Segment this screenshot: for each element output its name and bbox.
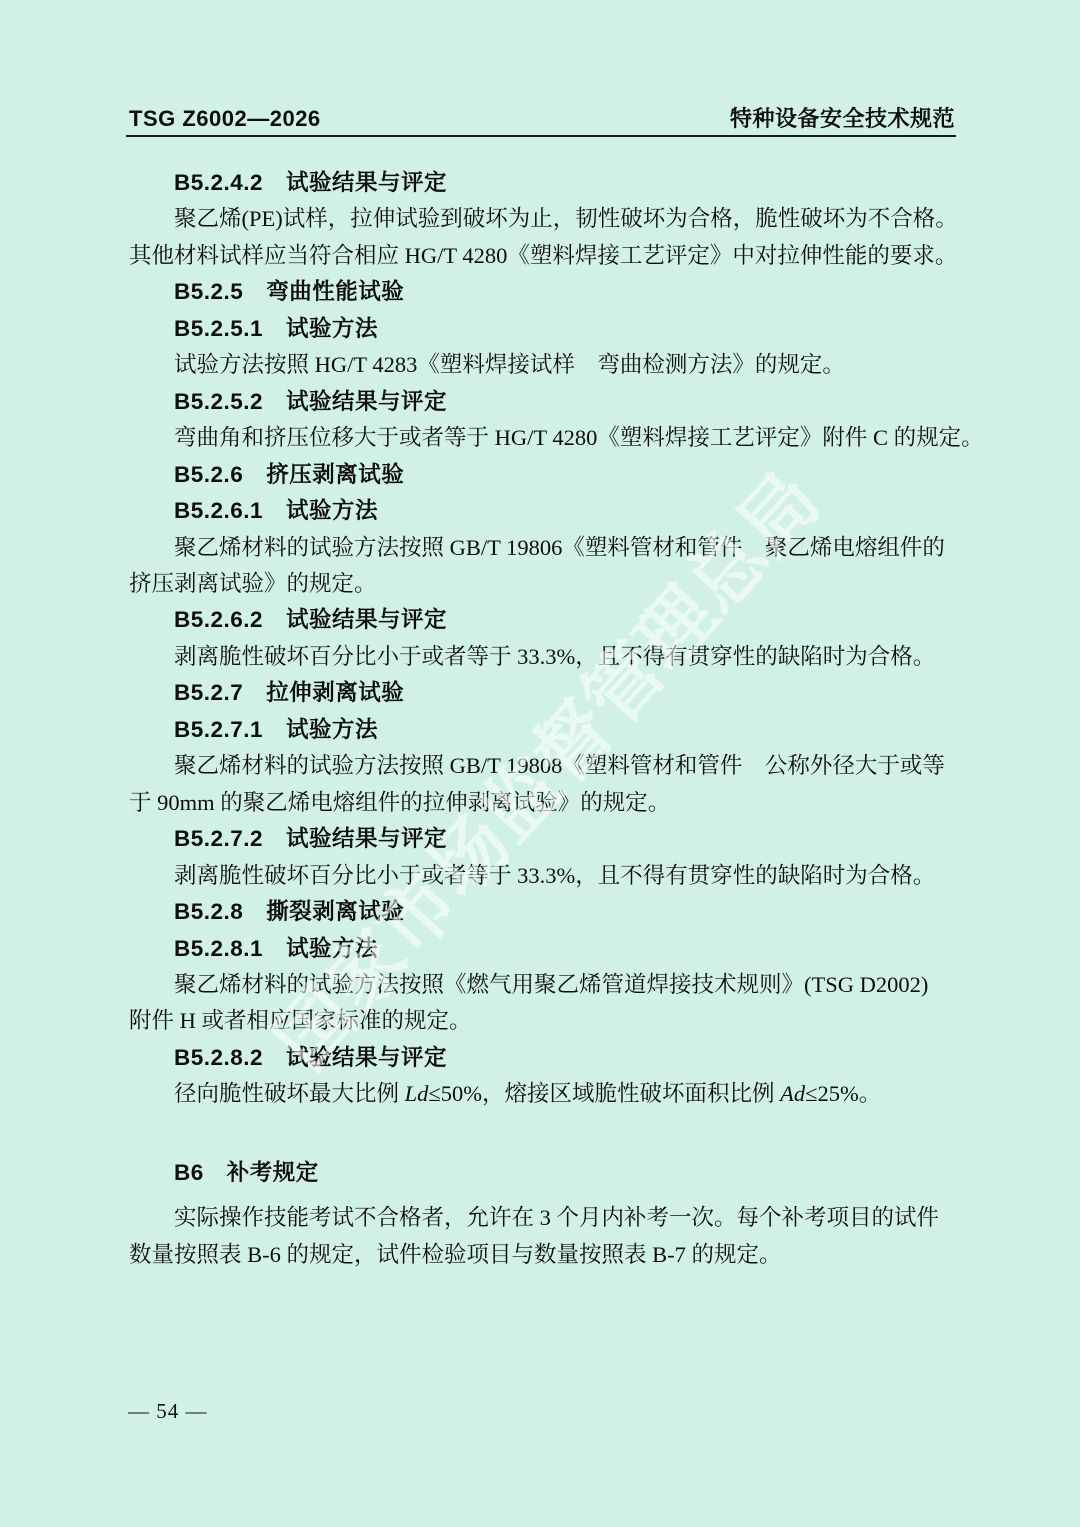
page-number: — 54 — [128,1399,208,1423]
text-segment: ≤25%。 [805,1081,881,1106]
text-line: B5.2.5.1 试验方法 [129,311,955,347]
text-line: 实际操作技能考试不合格者，允许在 3 个月内补考一次。每个补考项目的试件 [129,1200,955,1236]
document-page: TSG Z6002—2026 特种设备安全技术规范 B5.2.4.2 试验结果与… [0,0,1080,1527]
text-segment: Ad [780,1081,805,1106]
page-header: TSG Z6002—2026 特种设备安全技术规范 [129,106,955,132]
text-line: B5.2.5.2 试验结果与评定 [129,384,955,420]
text-line: 数量按照表 B-6 的规定，试件检验项目与数量按照表 B-7 的规定。 [129,1237,955,1273]
text-line: 聚乙烯材料的试验方法按照《燃气用聚乙烯管道焊接技术规则》(TSG D2002) [129,967,955,1003]
text-line: 剥离脆性破坏百分比小于或者等于 33.3%，且不得有贯穿性的缺陷时为合格。 [129,639,955,675]
text-line: B5.2.4.2 试验结果与评定 [129,165,955,201]
text-line: 于 90mm 的聚乙烯电熔组件的拉伸剥离试验》的规定。 [129,785,955,821]
text-line: B5.2.7.1 试验方法 [129,712,955,748]
text-line: B5.2.8.1 试验方法 [129,931,955,967]
text-line: B5.2.5 弯曲性能试验 [129,274,955,310]
header-rule [126,135,956,137]
text-line: B5.2.6 挤压剥离试验 [129,457,955,493]
text-line: 剥离脆性破坏百分比小于或者等于 33.3%，且不得有贯穿性的缺陷时为合格。 [129,858,955,894]
text-line: 挤压剥离试验》的规定。 [129,566,955,602]
doc-code: TSG Z6002—2026 [129,106,321,132]
doc-title: 特种设备安全技术规范 [730,106,955,132]
text-line: 弯曲角和挤压位移大于或者等于 HG/T 4280《塑料焊接工艺评定》附件 C 的… [129,420,955,456]
text-line: 其他材料试样应当符合相应 HG/T 4280《塑料焊接工艺评定》中对拉伸性能的要… [129,238,955,274]
text-segment: Ld [405,1081,429,1106]
text-line: B5.2.7 拉伸剥离试验 [129,675,955,711]
text-line: 径向脆性破坏最大比例 Ld≤50%，熔接区域脆性破坏面积比例 Ad≤25%。 [129,1076,955,1112]
text-line: B5.2.7.2 试验结果与评定 [129,821,955,857]
text-segment: 径向脆性破坏最大比例 [174,1081,405,1106]
text-line: 聚乙烯材料的试验方法按照 GB/T 19808《塑料管材和管件 公称外径大于或等 [129,748,955,784]
text-line: B5.2.8.2 试验结果与评定 [129,1040,955,1076]
text-line: 聚乙烯(PE)试样，拉伸试验到破坏为止，韧性破坏为合格，脆性破坏为不合格。 [129,201,955,237]
text-line: 试验方法按照 HG/T 4283《塑料焊接试样 弯曲检测方法》的规定。 [129,347,955,383]
text-line: B5.2.6.1 试验方法 [129,493,955,529]
text-line: B6 补考规定 [129,1155,955,1191]
text-line: B5.2.6.2 试验结果与评定 [129,602,955,638]
document-body: B5.2.4.2 试验结果与评定聚乙烯(PE)试样，拉伸试验到破坏为止，韧性破坏… [129,165,955,1273]
text-line: 附件 H 或者相应国家标准的规定。 [129,1003,955,1039]
page-footer: — 54 — [128,1398,208,1424]
text-line: B5.2.8 撕裂剥离试验 [129,894,955,930]
text-segment: ≤50%，熔接区域脆性破坏面积比例 [428,1081,780,1106]
text-line: 聚乙烯材料的试验方法按照 GB/T 19806《塑料管材和管件 聚乙烯电熔组件的 [129,530,955,566]
